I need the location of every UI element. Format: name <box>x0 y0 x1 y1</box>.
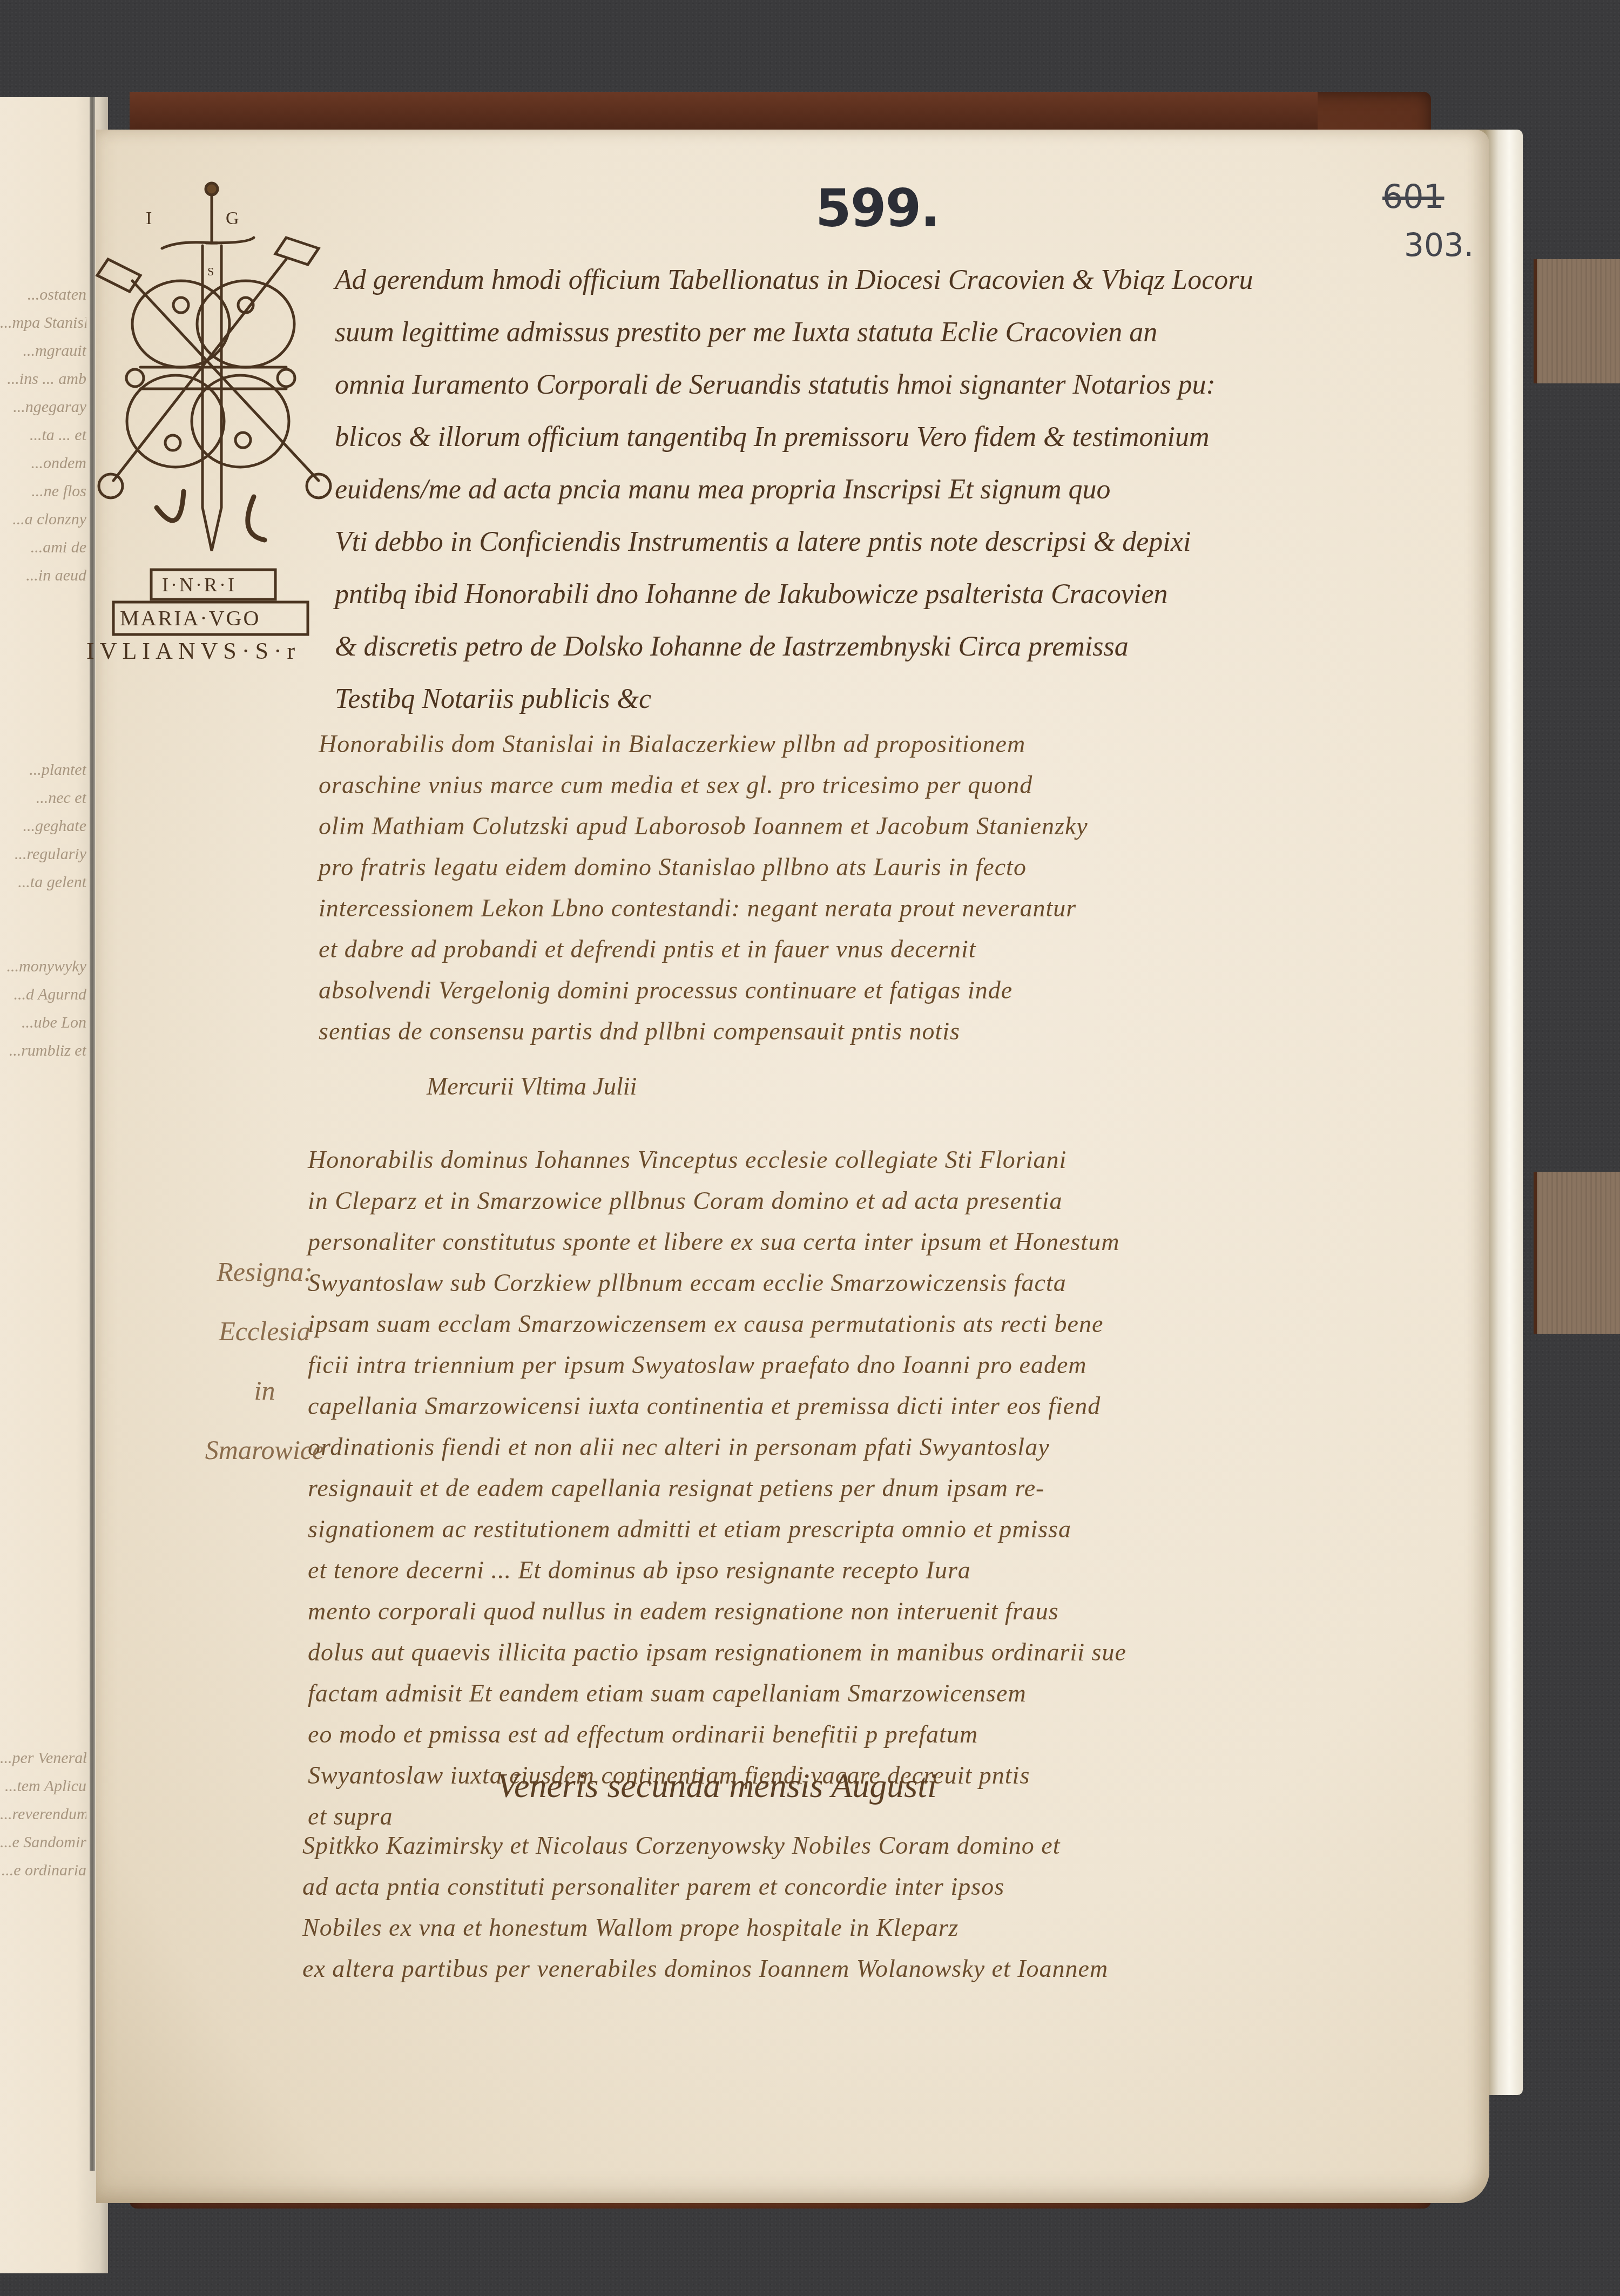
entry-paragraph-nobiles: Spitkko Kazimirsky et Nicolaus Corzenyow… <box>302 1825 1108 1989</box>
left-page-fragments-top: ...ostaten ...mpa Stanislay ...mgrauit .… <box>0 281 86 590</box>
left-page-fragments-mid: ...plantet ...nec et ...geghate ...regul… <box>0 756 86 1065</box>
folio-number: 599. <box>815 178 939 239</box>
secondary-folio-number: 303. <box>1404 227 1474 264</box>
notarial-sign-drawing-icon: I G S I·N·R·I MARIA·VGO <box>92 162 362 648</box>
struck-folio-number: 601 <box>1382 178 1444 216</box>
clasp-strap-upper <box>1534 259 1620 383</box>
notary-attestation-paragraph: Ad gerendum hmodi officium Tabellionatus… <box>335 254 1253 725</box>
entry-paragraph-resignation: Honorabilis dominus Iohannes Vinceptus e… <box>308 1139 1126 1837</box>
cover-top-edge <box>130 92 1318 130</box>
date-heading-veneris: Veneris secunda mensis Augusti <box>497 1766 937 1806</box>
left-page-fragments-bottom: ...per Venerabilem ...tem Aplicu ...reve… <box>0 1744 86 1885</box>
margin-note-resignation: Resigna: Ecclesia in Smarowice <box>200 1242 329 1480</box>
svg-text:MARIA·VGO: MARIA·VGO <box>120 606 260 630</box>
notarial-sign: I G S I·N·R·I MARIA·VGO <box>92 162 362 648</box>
svg-text:I·N·R·I: I·N·R·I <box>162 574 237 596</box>
date-heading-mercurii: Mercurii Vltima Julii <box>427 1072 637 1100</box>
svg-text:G: G <box>226 208 239 228</box>
entry-paragraph-stanislai: Honorabilis dom Stanislai in Bialaczerki… <box>319 724 1088 1052</box>
notarial-sign-banner-name: IVLIANVS·S·r <box>86 637 300 665</box>
svg-text:I: I <box>146 208 152 228</box>
svg-text:S: S <box>207 265 214 278</box>
clasp-strap-lower <box>1534 1172 1620 1334</box>
